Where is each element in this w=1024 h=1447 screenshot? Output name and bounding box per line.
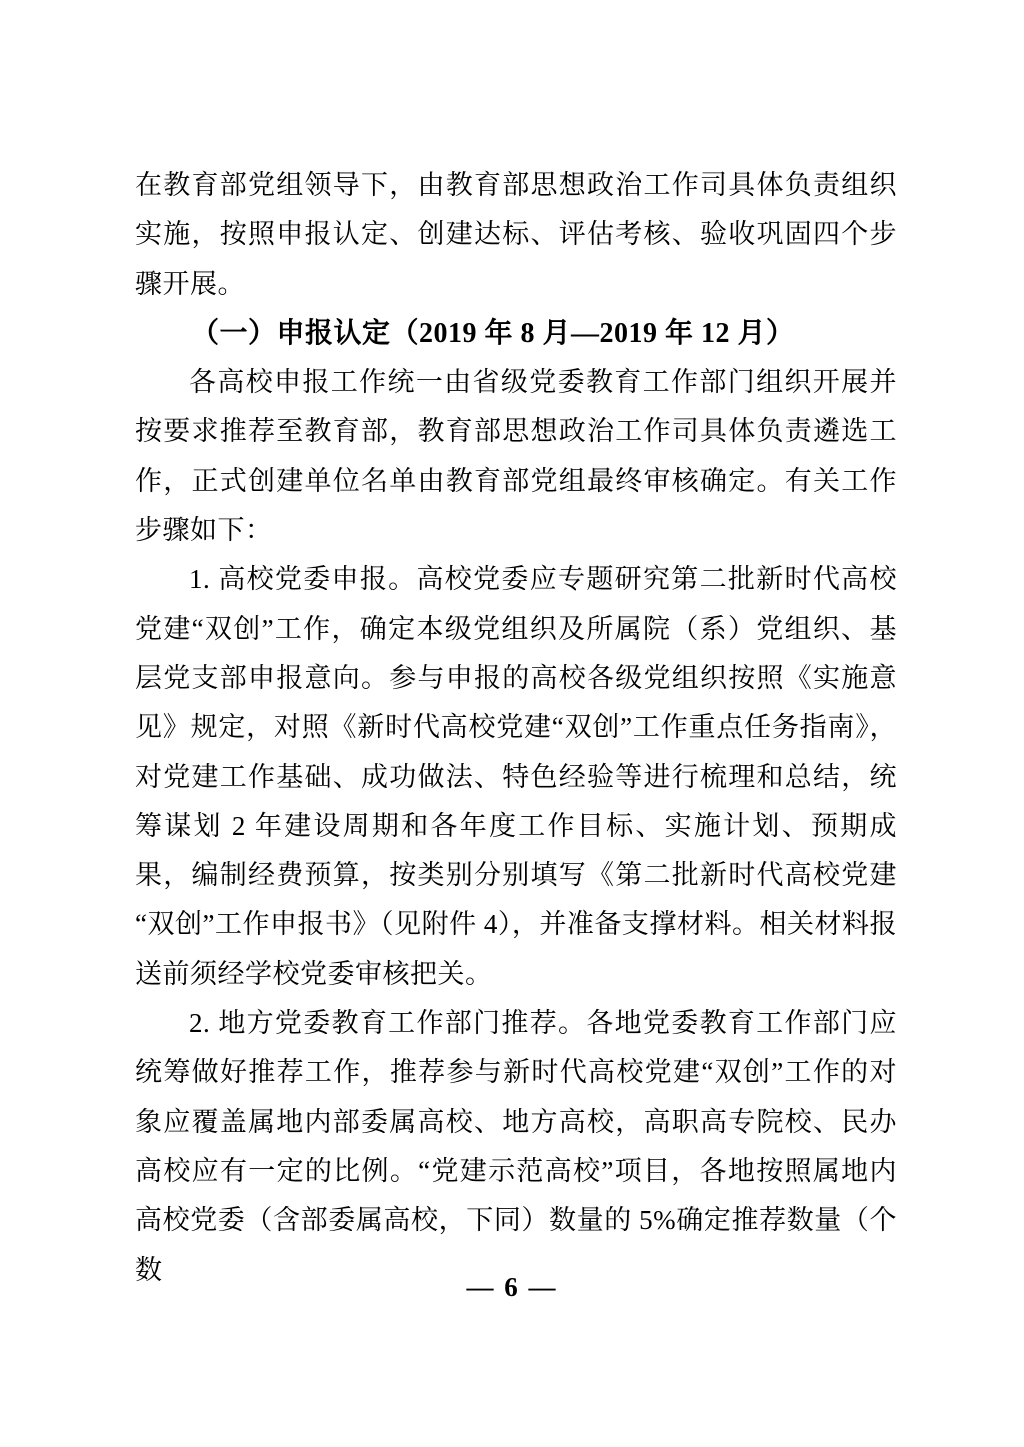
paragraph-item-1-university-committee-application: 1. 高校党委申报。高校党委应专题研究第二批新时代高校党建“双创”工作，确定本级… (135, 555, 897, 999)
paragraph-continuation: 在教育部党组领导下，由教育部思想政治工作司具体负责组织实施，按照申报认定、创建达… (135, 161, 897, 309)
page-number: — 6 — (0, 1272, 1024, 1303)
paragraph-overview: 各高校申报工作统一由省级党委教育工作部门组织开展并按要求推荐至教育部，教育部思想… (135, 358, 897, 555)
section-heading-application-recognition: （一）申报认定（2019 年 8 月—2019 年 12 月） (135, 309, 897, 358)
document-body: 在教育部党组领导下，由教育部思想政治工作司具体负责组织实施，按照申报认定、创建达… (135, 161, 897, 1295)
document-page: 在教育部党组领导下，由教育部思想政治工作司具体负责组织实施，按照申报认定、创建达… (0, 0, 1024, 1447)
paragraph-item-2-local-committee-recommendation: 2. 地方党委教育工作部门推荐。各地党委教育工作部门应统筹做好推荐工作，推荐参与… (135, 999, 897, 1295)
